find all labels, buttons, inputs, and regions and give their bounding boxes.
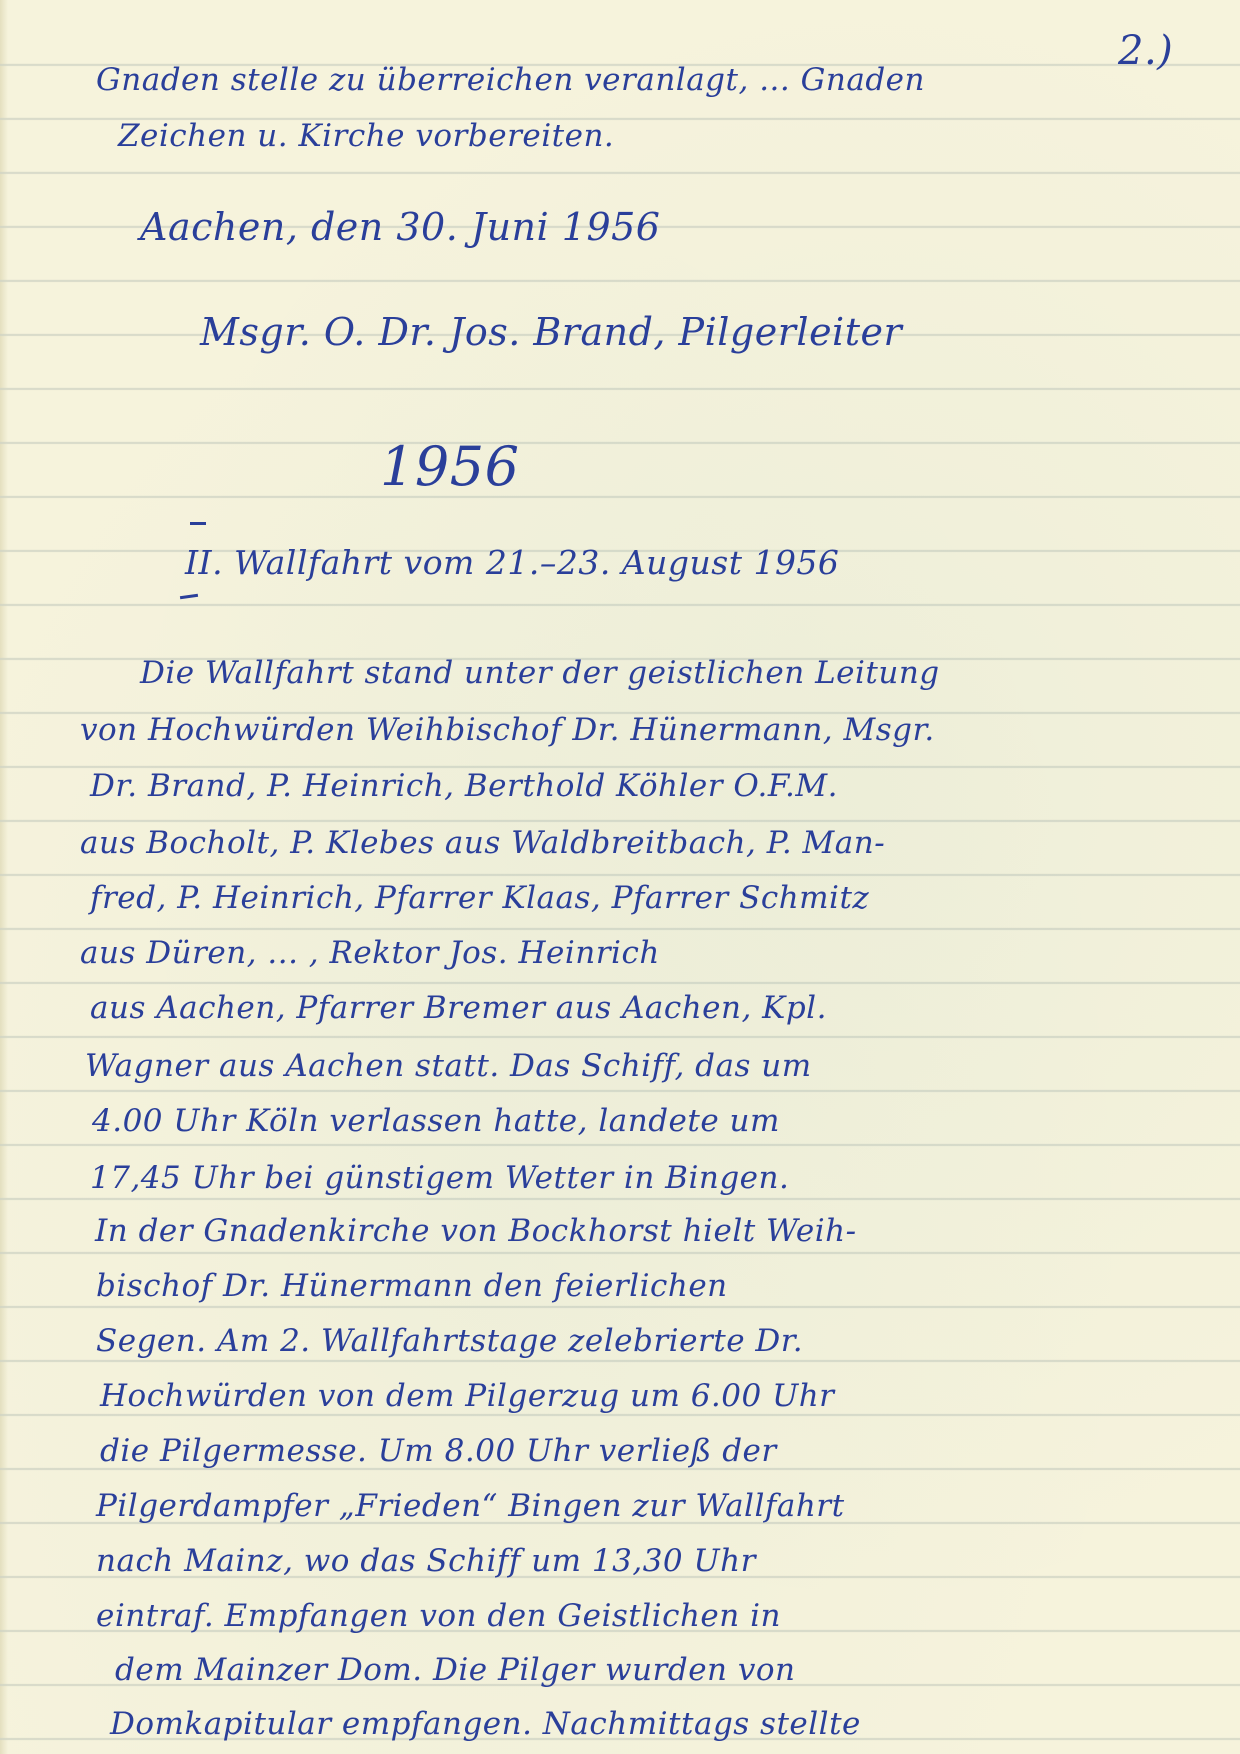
paragraph-line: nach Mainz, wo das Schiff um 13,30 Uhr — [96, 1543, 756, 1579]
heading-mark-top — [190, 522, 206, 525]
signature-line: Msgr. O. Dr. Jos. Brand, Pilgerleiter — [200, 310, 902, 354]
paragraph-line: die Pilgermesse. Um 8.00 Uhr verließ der — [100, 1433, 777, 1469]
paragraph-line: Hochwürden von dem Pilgerzug um 6.00 Uhr — [100, 1378, 834, 1414]
paragraph-line: In der Gnadenkirche von Bockhorst hielt … — [95, 1213, 857, 1249]
paragraph-line: dem Mainzer Dom. Die Pilger wurden von — [115, 1652, 796, 1688]
text-line-2: Zeichen u. Kirche vorbereiten. — [118, 118, 614, 154]
paragraph-line: von Hochwürden Weihbischof Dr. Hünermann… — [80, 712, 935, 748]
paragraph-line: Segen. Am 2. Wallfahrtstage zelebrierte … — [96, 1323, 803, 1359]
date-line: Aachen, den 30. Juni 1956 — [140, 205, 660, 249]
paragraph-line: eintraf. Empfangen von den Geistlichen i… — [96, 1598, 781, 1634]
year-heading: 1956 — [380, 435, 519, 498]
paragraph-line: bischof Dr. Hünermann den feierlichen — [96, 1268, 728, 1304]
paragraph-line: Pilgerdampfer „Frieden“ Bingen zur Wallf… — [96, 1488, 845, 1524]
page-number: 2.) — [1118, 28, 1173, 74]
paragraph-line: 4.00 Uhr Köln verlassen hatte, landete u… — [92, 1103, 780, 1139]
paragraph-line: aus Bocholt, P. Klebes aus Waldbreitbach… — [80, 825, 885, 861]
paragraph-line: Wagner aus Aachen statt. Das Schiff, das… — [85, 1048, 812, 1084]
paragraph-line: 17,45 Uhr bei günstigem Wetter in Bingen… — [90, 1160, 789, 1196]
paragraph-line: fred, P. Heinrich, Pfarrer Klaas, Pfarre… — [90, 880, 869, 916]
text-line-1: Gnaden stelle zu überreichen veranlagt, … — [96, 62, 925, 98]
section-heading: II. Wallfahrt vom 21.–23. August 1956 — [185, 543, 839, 582]
paragraph-line: Domkapitular empfangen. Nachmittags stel… — [110, 1706, 861, 1742]
paragraph-line: aus Düren, ... , Rektor Jos. Heinrich — [80, 935, 660, 971]
paragraph-line: Dr. Brand, P. Heinrich, Berthold Köhler … — [90, 768, 838, 804]
paragraph-line: Die Wallfahrt stand unter der geistliche… — [140, 655, 940, 691]
paragraph-line: aus Aachen, Pfarrer Bremer aus Aachen, K… — [90, 990, 827, 1026]
